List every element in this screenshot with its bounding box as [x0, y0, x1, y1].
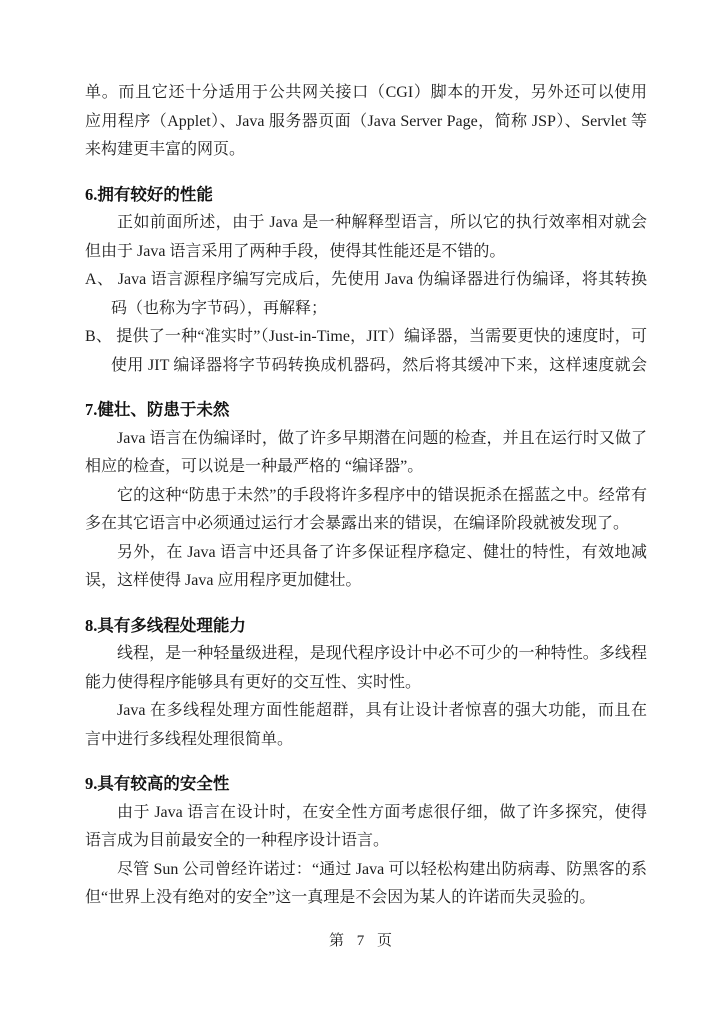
text-line: B、 提供了一种“准实时”（Just-in-Time，JIT）编译器，当需要更快… — [85, 323, 647, 352]
section-heading: 7.健壮、防患于未然 — [85, 396, 647, 425]
text-line: 尽管 Sun 公司曾经许诺过：“通过 Java 可以轻松构建出防病毒、防黑客的系… — [85, 856, 647, 885]
paragraph: 线程，是一种轻量级进程，是现代程序设计中必不可少的一种特性。多线程处理能力使得程… — [85, 640, 647, 697]
text-line: Java 语言在伪编译时，做了许多早期潜在问题的检查，并且在运行时又做了一些 — [85, 425, 647, 454]
text-line: 单。而且它还十分适用于公共网关接口（CGI）脚本的开发，另外还可以使用 Java… — [85, 79, 647, 108]
text-line: 误，这样使得 Java 应用程序更加健壮。 — [85, 567, 647, 596]
list-item: A、 Java 语言源程序编写完成后，先使用 Java 伪编译器进行伪编译，将其… — [85, 266, 647, 323]
page-number: 第 7 页 — [0, 929, 721, 950]
paragraph: 单。而且它还十分适用于公共网关接口（CGI）脚本的开发，另外还可以使用 Java… — [85, 79, 647, 165]
section-heading: 8.具有多线程处理能力 — [85, 612, 647, 641]
heading-text: 8.具有多线程处理能力 — [85, 612, 647, 641]
paragraph: 另外，在 Java 语言中还具备了许多保证程序稳定、健壮的特性，有效地减少了错误… — [85, 539, 647, 596]
paragraph: 它的这种“防患于未然”的手段将许多程序中的错误扼杀在摇蓝之中。经常有许多在其它语… — [85, 482, 647, 539]
text-line: 使用 JIT 编译器将字节码转换成机器码，然后将其缓冲下来，这样速度就会更快。 — [85, 352, 647, 381]
text-line: 多在其它语言中必须通过运行才会暴露出来的错误，在编译阶段就被发现了。 — [85, 510, 647, 539]
text-line: 码（也称为字节码），再解释； — [85, 295, 647, 324]
heading-text: 7.健壮、防患于未然 — [85, 396, 647, 425]
list-item: B、 提供了一种“准实时”（Just-in-Time，JIT）编译器，当需要更快… — [85, 323, 647, 380]
paragraph: Java 在多线程处理方面性能超群，具有让设计者惊喜的强大功能，而且在 Java… — [85, 697, 647, 754]
text-line: 能力使得程序能够具有更好的交互性、实时性。 — [85, 669, 647, 698]
section-heading: 9.具有较高的安全性 — [85, 770, 647, 799]
heading-text: 9.具有较高的安全性 — [85, 770, 647, 799]
text-line: 另外，在 Java 语言中还具备了许多保证程序稳定、健壮的特性，有效地减少了错 — [85, 539, 647, 568]
paragraph: 尽管 Sun 公司曾经许诺过：“通过 Java 可以轻松构建出防病毒、防黑客的系… — [85, 856, 647, 913]
text-line: 言中进行多线程处理很简单。 — [85, 726, 647, 755]
text-line: Java 在多线程处理方面性能超群，具有让设计者惊喜的强大功能，而且在 Java… — [85, 697, 647, 726]
text-line: 但由于 Java 语言采用了两种手段，使得其性能还是不错的。 — [85, 238, 647, 267]
text-line: 应用程序（Applet）、Java 服务器页面（Java Server Page… — [85, 108, 647, 137]
text-line: 线程，是一种轻量级进程，是现代程序设计中必不可少的一种特性。多线程处理 — [85, 640, 647, 669]
text-line: 语言成为目前最安全的一种程序设计语言。 — [85, 827, 647, 856]
section-heading: 6.拥有较好的性能 — [85, 181, 647, 210]
paragraph: 由于 Java 语言在设计时，在安全性方面考虑很仔细，做了许多探究，使得 Jav… — [85, 799, 647, 856]
text-line: 正如前面所述，由于 Java 是一种解释型语言，所以它的执行效率相对就会慢一些， — [85, 209, 647, 238]
paragraph: 正如前面所述，由于 Java 是一种解释型语言，所以它的执行效率相对就会慢一些，… — [85, 209, 647, 266]
heading-text: 6.拥有较好的性能 — [85, 181, 647, 210]
text-line: 来构建更丰富的网页。 — [85, 136, 647, 165]
text-line: 相应的检查，可以说是一种最严格的 “编译器”。 — [85, 453, 647, 482]
text-line: A、 Java 语言源程序编写完成后，先使用 Java 伪编译器进行伪编译，将其… — [85, 266, 647, 295]
document-page: 单。而且它还十分适用于公共网关接口（CGI）脚本的开发，另外还可以使用 Java… — [0, 0, 721, 1019]
text-line: 但“世界上没有绝对的安全”这一真理是不会因为某人的许诺而失灵验的。 — [85, 884, 647, 913]
paragraph: Java 语言在伪编译时，做了许多早期潜在问题的检查，并且在运行时又做了一些相应… — [85, 425, 647, 482]
document-content: 单。而且它还十分适用于公共网关接口（CGI）脚本的开发，另外还可以使用 Java… — [85, 79, 647, 913]
text-line: 它的这种“防患于未然”的手段将许多程序中的错误扼杀在摇蓝之中。经常有许 — [85, 482, 647, 511]
text-line: 由于 Java 语言在设计时，在安全性方面考虑很仔细，做了许多探究，使得 Jav… — [85, 799, 647, 828]
